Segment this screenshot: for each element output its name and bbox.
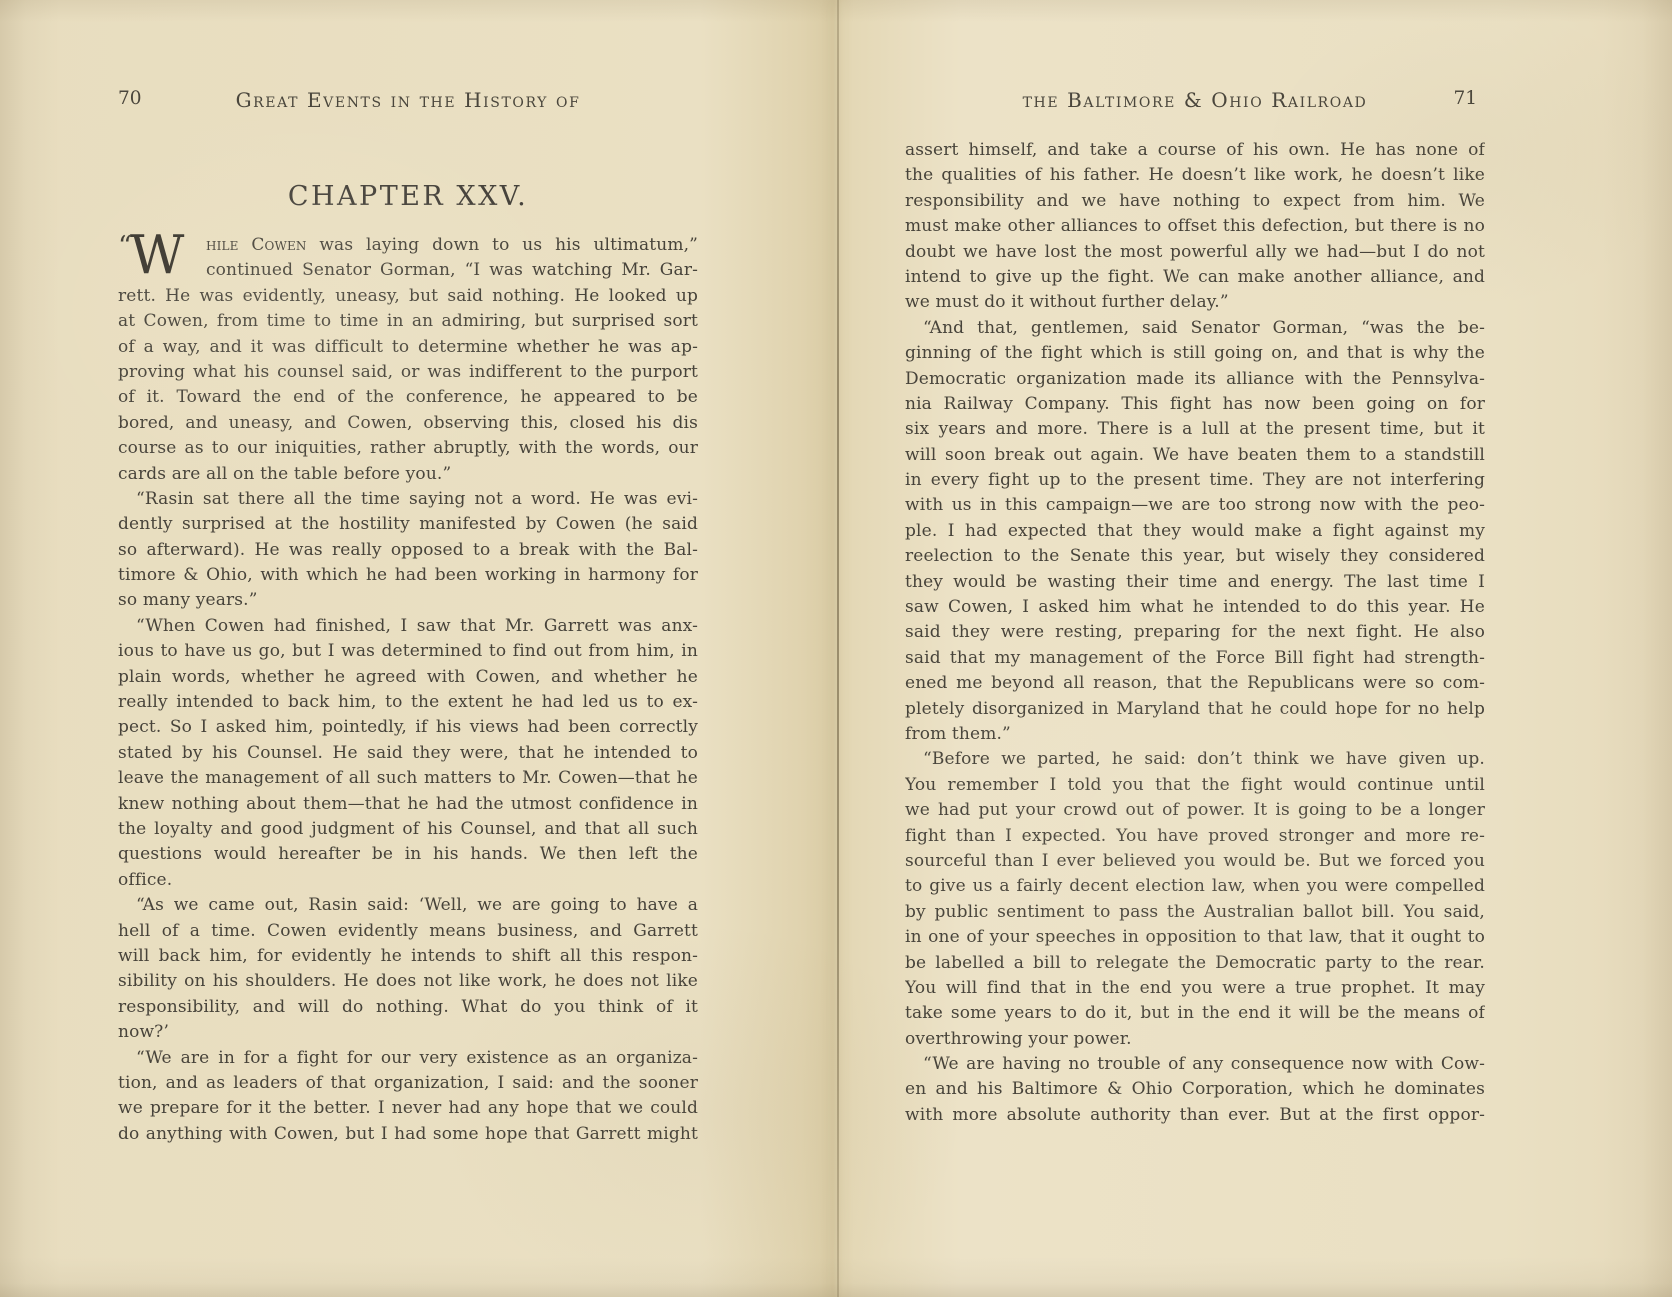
text-line: en and his Baltimore & Ohio Corporation,… (905, 1077, 1485, 1102)
text-line: dently surprised at the hostility manife… (118, 512, 698, 537)
drop-cap-quote-mark: “ (118, 231, 130, 262)
text-line: You will find that in the end you were a… (905, 976, 1485, 1001)
small-caps-text: hile Cowen (206, 235, 307, 255)
paragraph: “When Cowen had finished, I saw that Mr.… (118, 614, 698, 893)
text-line: in every fight up to the present time. T… (905, 468, 1485, 493)
text-line: proving what his counsel said, or was in… (118, 360, 698, 385)
page-left: 70 Great Events in the History of CHAPTE… (0, 0, 836, 1297)
text-line: cards are all on the table before you.” (118, 462, 698, 487)
text-line: sourceful than I ever believed you would… (905, 849, 1485, 874)
text-line: said that my management of the Force Bil… (905, 646, 1485, 671)
text-line: the qualities of his father. He doesn’t … (905, 163, 1485, 188)
text-line: by public sentiment to pass the Australi… (905, 900, 1485, 925)
text-line: of a way, and it was difficult to determ… (118, 335, 698, 360)
paragraph: “While Cowen was laying down to us his u… (118, 233, 698, 487)
text-line: really intended to back him, to the exte… (118, 690, 698, 715)
text-line: “Rasin sat there all the time saying not… (118, 487, 698, 512)
page-body-right: assert himself, and take a course of his… (905, 138, 1485, 1128)
text-line: they would be wasting their time and ene… (905, 570, 1485, 595)
drop-cap: “W (118, 231, 204, 280)
text-line: office. (118, 868, 698, 893)
running-header: the Baltimore & Ohio Railroad (905, 88, 1485, 112)
page-right: the Baltimore & Ohio Railroad 71 assert … (836, 0, 1672, 1297)
text-line: from them.” (905, 722, 1485, 747)
text-line: six years and more. There is a lull at t… (905, 417, 1485, 442)
text-line: do anything with Cowen, but I had some h… (118, 1122, 698, 1147)
drop-cap-letter: W (130, 225, 184, 286)
text-line: sibility on his shoulders. He does not l… (118, 969, 698, 994)
text-line: rett. He was evidently, uneasy, but said… (118, 284, 698, 309)
text-line: ple. I had expected that they would make… (905, 519, 1485, 544)
text-line: continued Senator Gorman, “I was watchin… (206, 258, 698, 283)
text-line: “We are having no trouble of any consequ… (905, 1052, 1485, 1077)
text-line: must make other alliances to offset this… (905, 214, 1485, 239)
text-line: pect. So I asked him, pointedly, if his … (118, 715, 698, 740)
paragraph: assert himself, and take a course of his… (905, 138, 1485, 316)
text-line: be labelled a bill to relegate the Democ… (905, 951, 1485, 976)
text-line: knew nothing about them—that he had the … (118, 792, 698, 817)
text-line: now?’ (118, 1020, 698, 1045)
text-line: questions would hereafter be in his hand… (118, 842, 698, 867)
running-header: Great Events in the History of (118, 88, 698, 112)
text-line: timore & Ohio, with which he had been wo… (118, 563, 698, 588)
text-line: bored, and uneasy, and Cowen, observing … (118, 411, 698, 436)
text-line: the loyalty and good judgment of his Cou… (118, 817, 698, 842)
text-line: reelection to the Senate this year, but … (905, 544, 1485, 569)
text-line: stated by his Counsel. He said they were… (118, 741, 698, 766)
text-line: hile Cowen was laying down to us his ult… (206, 233, 698, 258)
text-line: You remember I told you that the fight w… (905, 773, 1485, 798)
page-body-left: “While Cowen was laying down to us his u… (118, 233, 698, 1147)
text-line: will soon break out again. We have beate… (905, 443, 1485, 468)
text-line: “Before we parted, he said: don’t think … (905, 747, 1485, 772)
text-line: we must do it without further delay.” (905, 290, 1485, 315)
text-line: ened me beyond all reason, that the Repu… (905, 671, 1485, 696)
paragraph: “As we came out, Rasin said: ‘Well, we a… (118, 893, 698, 1045)
text-line: Democratic organization made its allianc… (905, 367, 1485, 392)
text-line: assert himself, and take a course of his… (905, 138, 1485, 163)
text-line: in one of your speeches in opposition to… (905, 925, 1485, 950)
text-line: hell of a time. Cowen evidently means bu… (118, 919, 698, 944)
text-line: ious to have us go, but I was determined… (118, 639, 698, 664)
text-line: intend to give up the fight. We can make… (905, 265, 1485, 290)
text-line: with more absolute authority than ever. … (905, 1103, 1485, 1128)
paragraph: “Before we parted, he said: don’t think … (905, 747, 1485, 1052)
page-header-right: the Baltimore & Ohio Railroad 71 (905, 88, 1485, 114)
text-line: leave the management of all such matters… (118, 766, 698, 791)
text-line: will back him, for evidently he intends … (118, 944, 698, 969)
text-line: overthrowing your power. (905, 1027, 1485, 1052)
text-line: “When Cowen had finished, I saw that Mr.… (118, 614, 698, 639)
chapter-heading: CHAPTER XXV. (118, 181, 698, 212)
text-line: at Cowen, from time to time in an admiri… (118, 309, 698, 334)
text-line: fight than I expected. You have proved s… (905, 824, 1485, 849)
text-line: tion, and as leaders of that organizatio… (118, 1071, 698, 1096)
text-line: ginning of the fight which is still goin… (905, 341, 1485, 366)
book-spread: 70 Great Events in the History of CHAPTE… (0, 0, 1672, 1297)
page-header-left: 70 Great Events in the History of (118, 88, 698, 114)
text-line: “As we came out, Rasin said: ‘Well, we a… (118, 893, 698, 918)
text-line: doubt we have lost the most powerful all… (905, 240, 1485, 265)
text-line: “And that, gentlemen, said Senator Gorma… (905, 316, 1485, 341)
text-line: said they were resting, preparing for th… (905, 620, 1485, 645)
text-line: take some years to do it, but in the end… (905, 1001, 1485, 1026)
text-line: pletely disorganized in Maryland that he… (905, 697, 1485, 722)
paragraph: “And that, gentlemen, said Senator Gorma… (905, 316, 1485, 748)
text-line: of it. Toward the end of the conference,… (118, 385, 698, 410)
text-line: saw Cowen, I asked him what he intended … (905, 595, 1485, 620)
paragraph: “We are having no trouble of any consequ… (905, 1052, 1485, 1128)
text-line: so afterward). He was really opposed to … (118, 538, 698, 563)
text-line: responsibility and we have nothing to ex… (905, 189, 1485, 214)
text-line: course as to our iniquities, rather abru… (118, 436, 698, 461)
text-line: we had put your crowd out of power. It i… (905, 798, 1485, 823)
text-line: we prepare for it the better. I never ha… (118, 1096, 698, 1121)
paragraph: “Rasin sat there all the time saying not… (118, 487, 698, 614)
text-line: “We are in for a fight for our very exis… (118, 1046, 698, 1071)
text-line: to give us a fairly decent election law,… (905, 874, 1485, 899)
paragraph: “We are in for a fight for our very exis… (118, 1046, 698, 1148)
page-number: 71 (1453, 88, 1477, 109)
text-line: with us in this campaign—we are too stro… (905, 493, 1485, 518)
text-line: so many years.” (118, 588, 698, 613)
text-line: plain words, whether he agreed with Cowe… (118, 665, 698, 690)
text-line: nia Railway Company. This fight has now … (905, 392, 1485, 417)
text-line: responsibility, and will do nothing. Wha… (118, 995, 698, 1020)
